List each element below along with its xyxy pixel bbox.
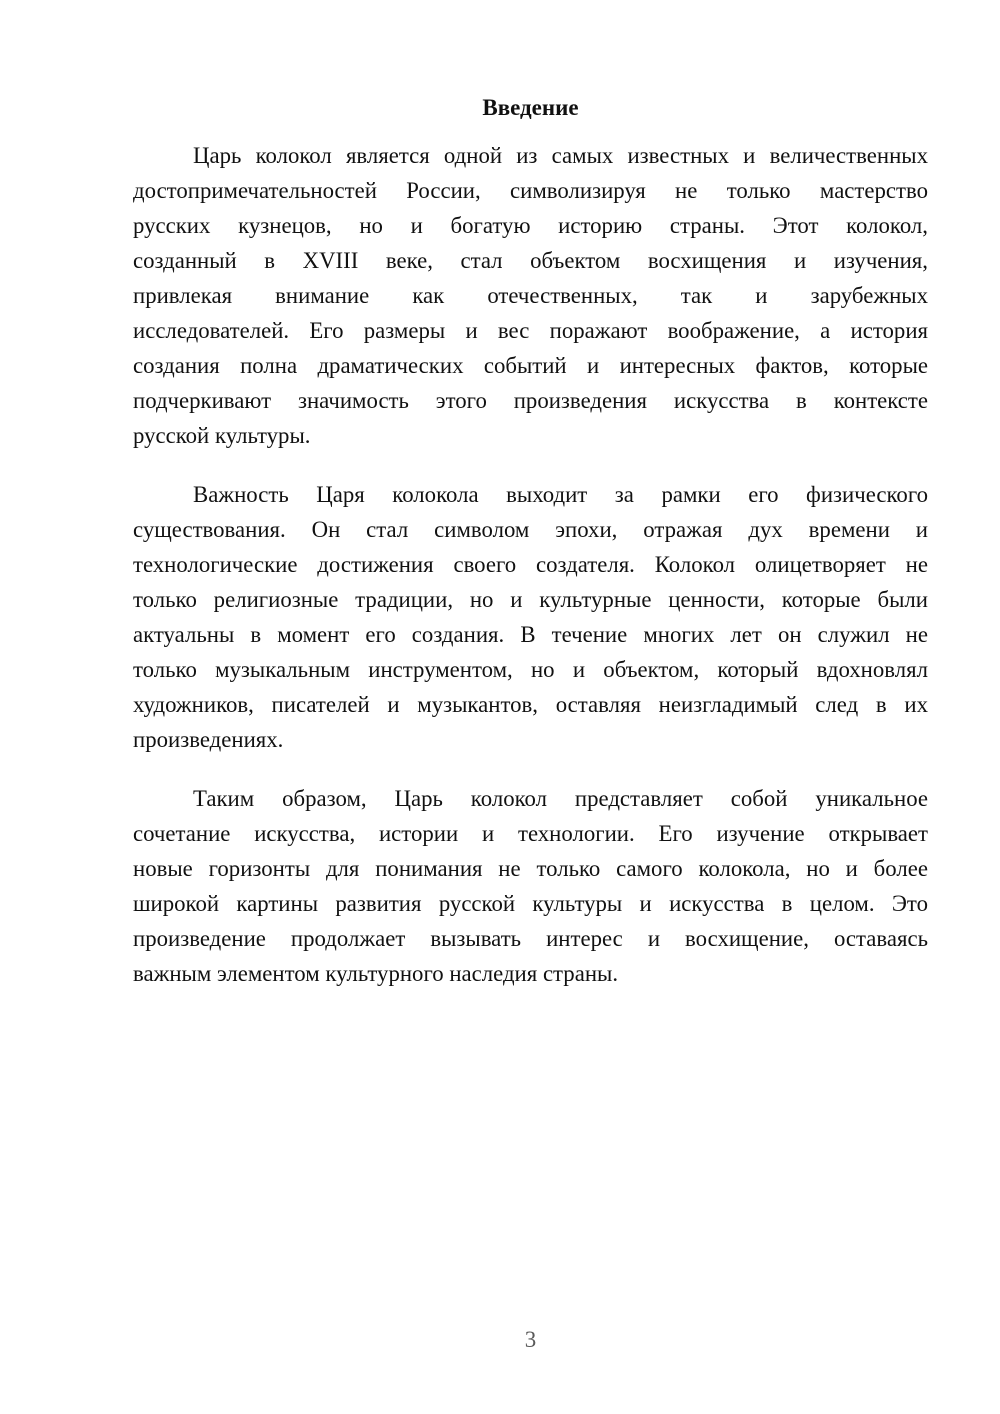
text-line: произведение продолжает вызывать интерес… bbox=[133, 921, 928, 956]
text-line: только музыкальным инструментом, но и об… bbox=[133, 652, 928, 687]
text-line: Царь колокол является одной из самых изв… bbox=[133, 138, 928, 173]
text-line: русской культуры. bbox=[133, 418, 928, 453]
text-line: русских кузнецов, но и богатую историю с… bbox=[133, 208, 928, 243]
text-line: художников, писателей и музыкантов, оста… bbox=[133, 687, 928, 722]
page-number: 3 bbox=[133, 1322, 928, 1357]
text-line: создания полна драматических событий и и… bbox=[133, 348, 928, 383]
text-line: важным элементом культурного наследия ст… bbox=[133, 956, 928, 991]
text-line: широкой картины развития русской культур… bbox=[133, 886, 928, 921]
document-content: Введение Царь колокол является одной из … bbox=[133, 90, 928, 991]
paragraph: Важность Царя колокола выходит за рамки … bbox=[133, 477, 928, 757]
text-line: существования. Он стал символом эпохи, о… bbox=[133, 512, 928, 547]
text-line: Важность Царя колокола выходит за рамки … bbox=[133, 477, 928, 512]
paragraph: Таким образом, Царь колокол представляет… bbox=[133, 781, 928, 991]
paragraph: Царь колокол является одной из самых изв… bbox=[133, 138, 928, 453]
text-line: новые горизонты для понимания не только … bbox=[133, 851, 928, 886]
text-line: актуальны в момент его создания. В течен… bbox=[133, 617, 928, 652]
text-line: технологические достижения своего создат… bbox=[133, 547, 928, 582]
page-title: Введение bbox=[133, 90, 928, 125]
text-line: Таким образом, Царь колокол представляет… bbox=[133, 781, 928, 816]
text-line: подчеркивают значимость этого произведен… bbox=[133, 383, 928, 418]
text-line: созданный в XVIII веке, стал объектом во… bbox=[133, 243, 928, 278]
text-line: исследователей. Его размеры и вес поража… bbox=[133, 313, 928, 348]
document-body: Царь колокол является одной из самых изв… bbox=[133, 138, 928, 991]
text-line: достопримечательностей России, символизи… bbox=[133, 173, 928, 208]
text-line: произведениях. bbox=[133, 722, 928, 757]
text-line: сочетание искусства, истории и технологи… bbox=[133, 816, 928, 851]
text-line: только религиозные традиции, но и культу… bbox=[133, 582, 928, 617]
document-page: Введение Царь колокол является одной из … bbox=[0, 0, 1000, 1414]
text-line: привлекая внимание как отечественных, та… bbox=[133, 278, 928, 313]
